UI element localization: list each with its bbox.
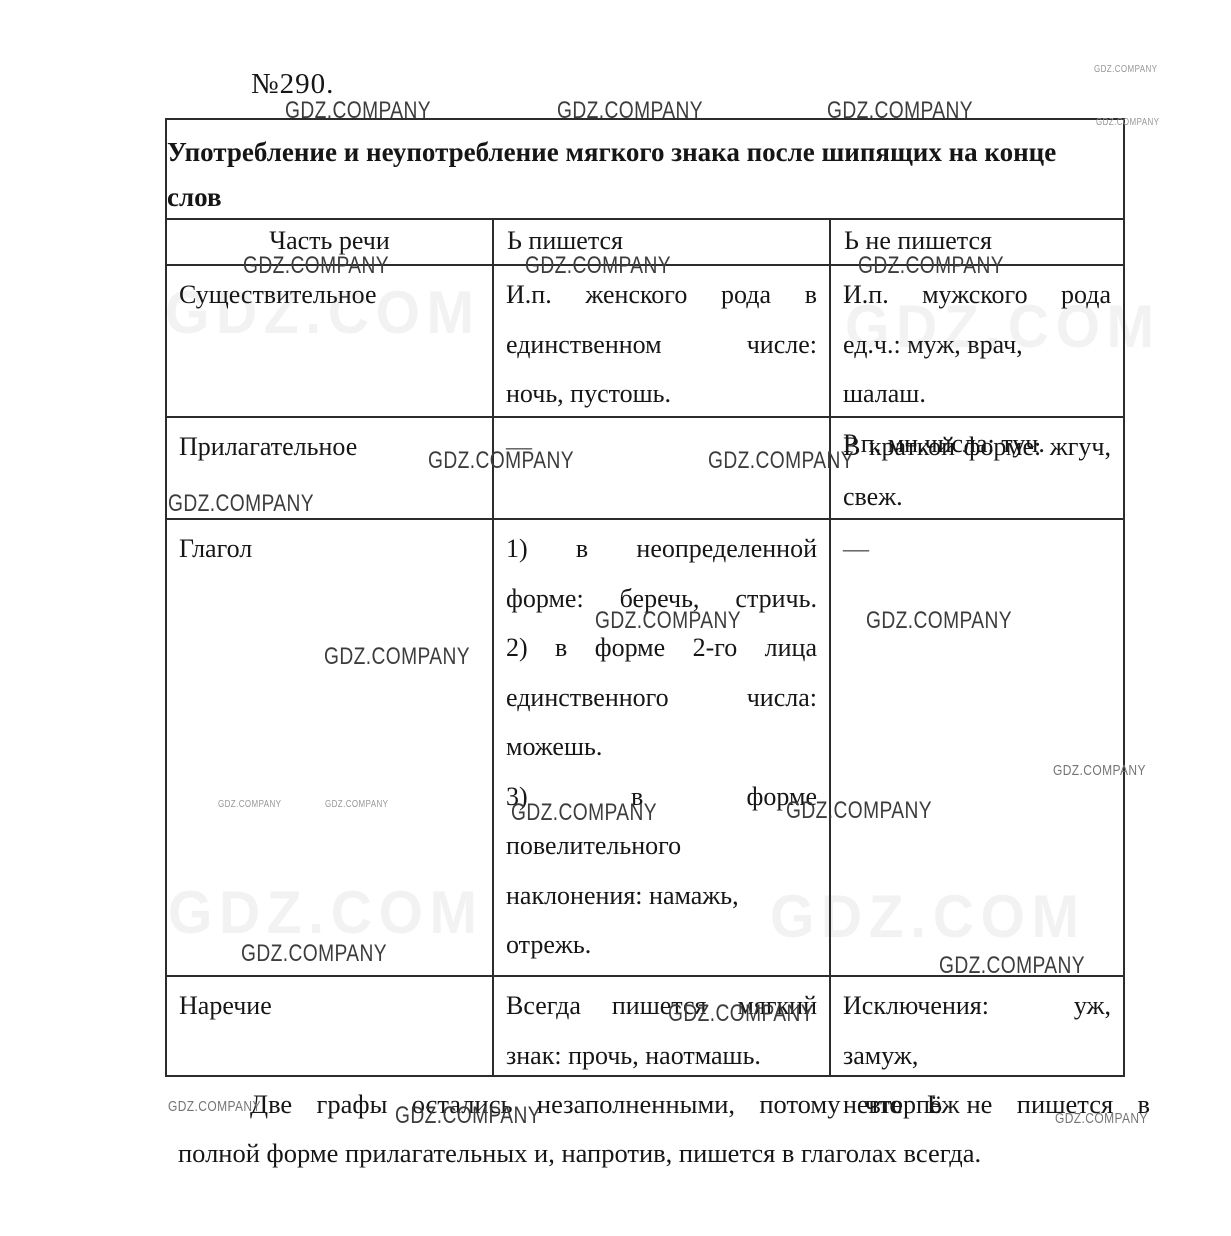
conclusion-paragraph: Две графы остались незаполненными, потом… [178, 1080, 1150, 1178]
table-cell: Прилагательное [167, 418, 492, 518]
text-line: Исключения: уж, замуж, [843, 981, 1111, 1080]
text-line: полной форме прилагательных и, напротив,… [178, 1129, 1150, 1178]
text-line: Всегда пишется мягкий [506, 981, 817, 1031]
text-line: И.п. женского рода в [506, 270, 817, 320]
table-cell: И.п. женского рода вединственном числе:н… [492, 266, 829, 416]
text-line: Употребление и неупотребление мягкого зн… [167, 130, 1123, 175]
column-header-not-written: Ь не пишется [829, 220, 1123, 264]
text-line: знак: прочь, наотмашь. [506, 1031, 817, 1081]
table-cell: Наречие [167, 977, 492, 1075]
text-line: ночь, пустошь. [506, 369, 817, 419]
text-line: 1) в неопределенной [506, 524, 817, 574]
table-cell: В краткой форме: жгуч,свеж. [829, 418, 1123, 518]
text-line: ед.ч.: муж, врач, шалаш. [843, 320, 1111, 419]
table-cell: Всегда пишется мягкийзнак: прочь, наотма… [492, 977, 829, 1075]
text-line: — [506, 422, 817, 472]
text-line: слов [167, 175, 1123, 220]
text-line: В краткой форме: жгуч, [843, 422, 1111, 472]
table-title: Употребление и неупотребление мягкого зн… [167, 120, 1123, 218]
table-row: Глагол1) в неопределеннойформе: беречь, … [167, 518, 1123, 975]
text-line: свеж. [843, 472, 1111, 522]
text-line: Существительное [179, 270, 480, 320]
table-header-row: Часть речи Ь пишется Ь не пишется [167, 218, 1123, 264]
text-line: отрежь. [506, 920, 817, 970]
table-cell: Глагол [167, 520, 492, 975]
table-row: Прилагательное—В краткой форме: жгуч,све… [167, 416, 1123, 518]
text-line: — [843, 524, 1111, 574]
table-cell: Исключения: уж, замуж,невтерпёж [829, 977, 1123, 1075]
text-line: 2) в форме 2-го лица [506, 623, 817, 673]
text-line: наклонения: намажь, [506, 871, 817, 921]
text-line: Глагол [179, 524, 480, 574]
text-line: Прилагательное [179, 422, 480, 472]
text-line: единственного числа: [506, 673, 817, 723]
text-line: Наречие [179, 981, 480, 1031]
text-line: 3) в форме [506, 772, 817, 822]
soft-sign-table: Употребление и неупотребление мягкого зн… [165, 118, 1125, 1077]
text-line: можешь. [506, 722, 817, 772]
column-header-written: Ь пишется [492, 220, 829, 264]
table-cell: — [829, 520, 1123, 975]
column-header-part-of-speech: Часть речи [167, 220, 492, 264]
exercise-number: №290. [251, 68, 334, 101]
text-line: форме: беречь, стричь. [506, 574, 817, 624]
table-cell: — [492, 418, 829, 518]
watermark: GDZ.COMPANY [1094, 64, 1157, 75]
text-line: единственном числе: [506, 320, 817, 370]
table-row: НаречиеВсегда пишется мягкийзнак: прочь,… [167, 975, 1123, 1075]
table-cell: 1) в неопределеннойформе: беречь, стричь… [492, 520, 829, 975]
text-line: повелительного [506, 821, 817, 871]
table-row: СуществительноеИ.п. женского рода вединс… [167, 264, 1123, 416]
text-line: И.п. мужского рода [843, 270, 1111, 320]
text-line: Две графы остались незаполненными, потом… [178, 1080, 1150, 1129]
table-cell: Существительное [167, 266, 492, 416]
table-cell: И.п. мужского родаед.ч.: муж, врач, шала… [829, 266, 1123, 416]
